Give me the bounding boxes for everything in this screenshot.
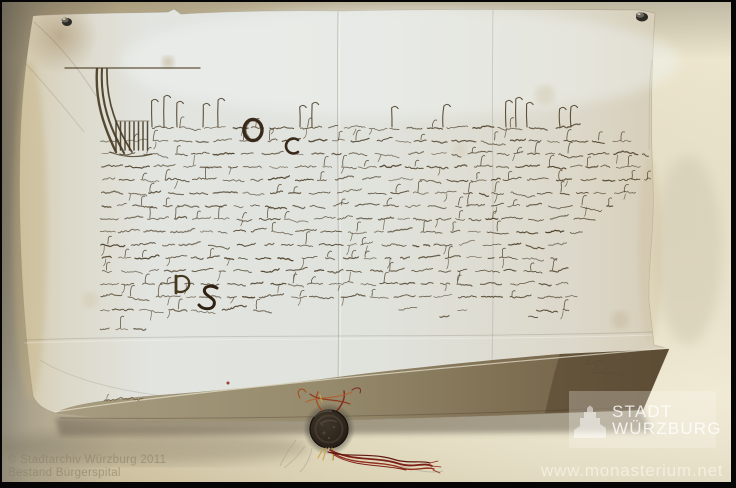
parchment [13,0,680,421]
castle-icon [572,400,608,440]
logo-line1: STADT [612,403,722,420]
stadt-wuerzburg-logo: STADT WÜRZBURG [569,391,716,448]
copyright-line1: © Stadtarchiv Würzburg 2011 [8,454,166,467]
logo-line2: WÜRZBURG [612,420,722,437]
charter-photo-page: { "watermarks": { "copyright_line1": "© … [0,0,736,488]
copyright-watermark: © Stadtarchiv Würzburg 2011 Bestand Bürg… [8,454,166,480]
copyright-line2: Bestand Bürgerspital [8,467,166,480]
monasterium-watermark: www.monasterium.net [541,461,723,481]
